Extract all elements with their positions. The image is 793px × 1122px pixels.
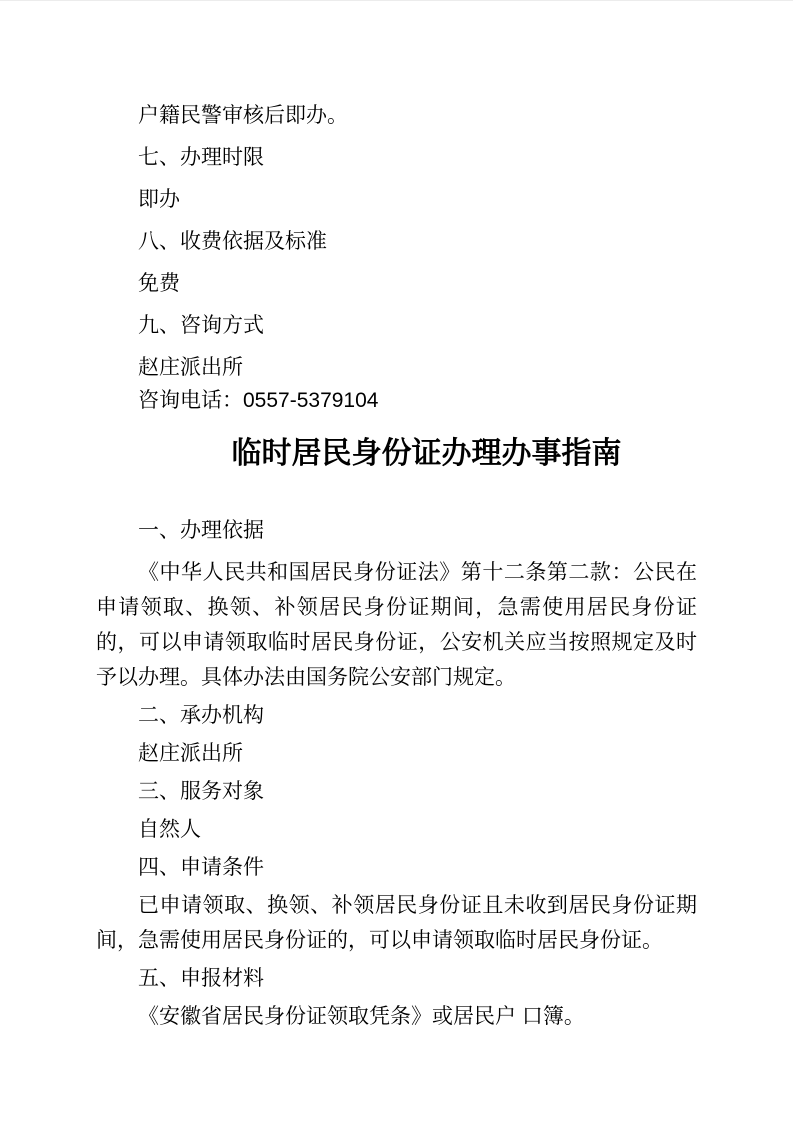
- section-1-heading: 一、办理依据: [96, 513, 697, 548]
- agency-name-line: 赵庄派出所: [96, 736, 697, 771]
- service-target-line: 自然人: [96, 812, 697, 847]
- section-8-heading: 八、收费依据及标准: [96, 224, 697, 259]
- section-3-heading: 三、服务对象: [96, 774, 697, 809]
- materials-line: 《安徽省居民身份证领取凭条》或居民户 口簿。: [96, 999, 697, 1034]
- consult-phone-line: 咨询电话：0557-5379104: [96, 383, 697, 418]
- section-7-value: 即办: [96, 182, 697, 217]
- document-title: 临时居民身份证办理办事指南: [96, 431, 697, 477]
- document-content: 户籍民警审核后即办。 七、办理时限 即办 八、收费依据及标准 免费 九、咨询方式…: [0, 1, 793, 1034]
- section-9-heading: 九、咨询方式: [96, 308, 697, 343]
- section-4-heading: 四、申请条件: [96, 850, 697, 885]
- application-conditions-paragraph: 已申请领取、换领、补领居民身份证且未收到居民身份证期间，急需使用居民身份证的，可…: [96, 888, 697, 958]
- document-page: 户籍民警审核后即办。 七、办理时限 即办 八、收费依据及标准 免费 九、咨询方式…: [0, 0, 793, 1122]
- section-7-heading: 七、办理时限: [96, 140, 697, 175]
- section-8-value: 免费: [96, 266, 697, 301]
- legal-basis-paragraph: 《中华人民共和国居民身份证法》第十二条第二款：公民在申请领取、换领、补领居民身份…: [96, 555, 697, 695]
- section-2-heading: 二、承办机构: [96, 698, 697, 733]
- section-5-heading: 五、申报材料: [96, 961, 697, 996]
- office-name-line: 赵庄派出所: [96, 350, 697, 385]
- process-note-line: 户籍民警审核后即办。: [96, 98, 697, 133]
